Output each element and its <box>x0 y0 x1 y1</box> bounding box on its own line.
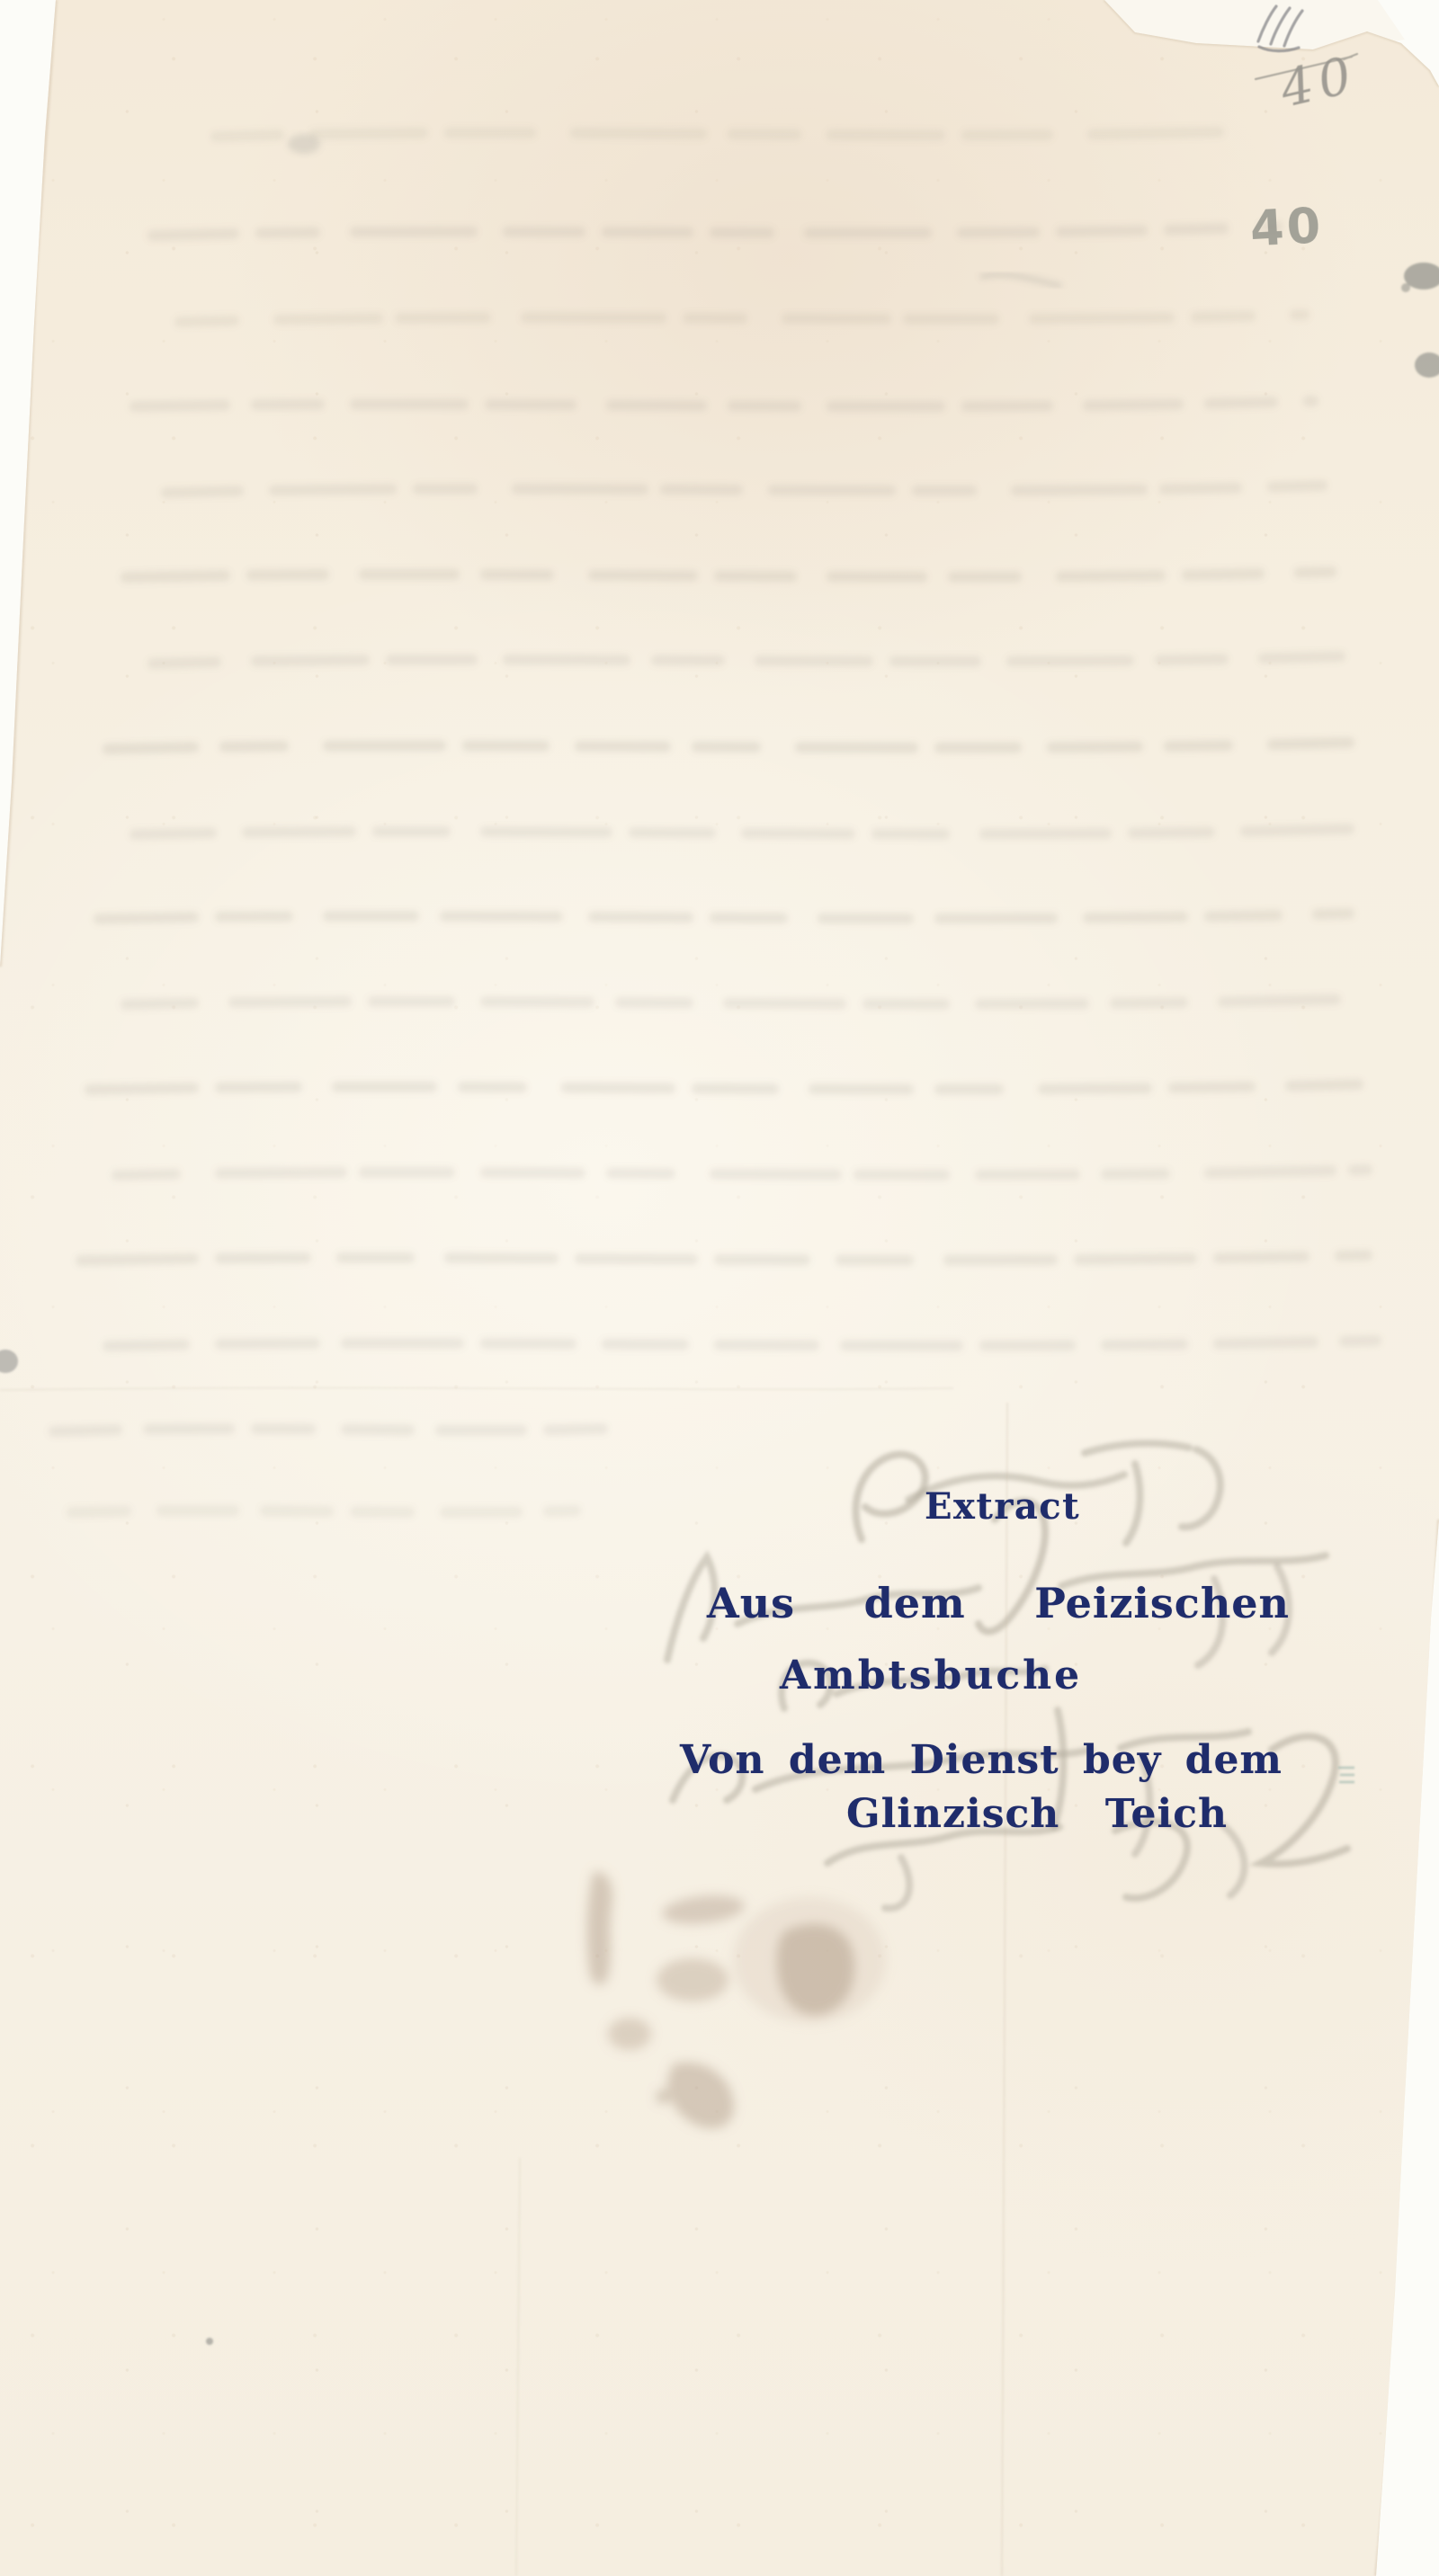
overlay-line-ambtsbuche: Ambtsbuche <box>780 1656 1082 1696</box>
ink-stain-blotches <box>587 1872 886 2128</box>
tally-squiggle-mark <box>1258 6 1302 51</box>
overlay-word: dem <box>789 1741 886 1780</box>
overlay-word: dem <box>1185 1741 1283 1780</box>
overlay-word: Glinzisch <box>846 1795 1059 1834</box>
overlay-word: dem <box>864 1582 966 1624</box>
overlay-word: Extract <box>925 1489 1080 1525</box>
teal-scribble-mark <box>1338 1768 1354 1782</box>
overlay-word: Aus <box>707 1582 795 1624</box>
overlay-line-von-dem-dienst: Von dem Dienst bey dem <box>680 1741 1283 1780</box>
overlay-word: Ambtsbuche <box>780 1656 1082 1696</box>
paper-edge-shading <box>0 0 1439 2576</box>
overlay-word: Dienst <box>910 1741 1059 1780</box>
stamped-folio-number: 40 <box>1249 201 1325 254</box>
corner-pencil-marks <box>0 0 1439 270</box>
overlay-line-extract: Extract <box>925 1489 1080 1525</box>
gray-ink-blots <box>0 134 1439 2345</box>
bleedthrough-text-lines <box>54 131 1376 1512</box>
bleedthrough-and-stains-layer <box>0 0 1439 2576</box>
overlay-word: Von <box>680 1741 764 1780</box>
overlay-line-aus-dem-peizischen: Aus dem Peizischen <box>707 1582 1290 1624</box>
overlay-word: Peizischen <box>1034 1582 1290 1624</box>
overlay-word: Teich <box>1105 1795 1228 1834</box>
overlay-word: bey <box>1083 1741 1161 1780</box>
scanned-page: Extract Aus dem Peizischen Ambtsbuche Vo… <box>0 0 1439 2576</box>
overlay-line-glinzisch-teich: Glinzisch Teich <box>846 1795 1228 1834</box>
manuscript-paper <box>0 0 1439 2576</box>
